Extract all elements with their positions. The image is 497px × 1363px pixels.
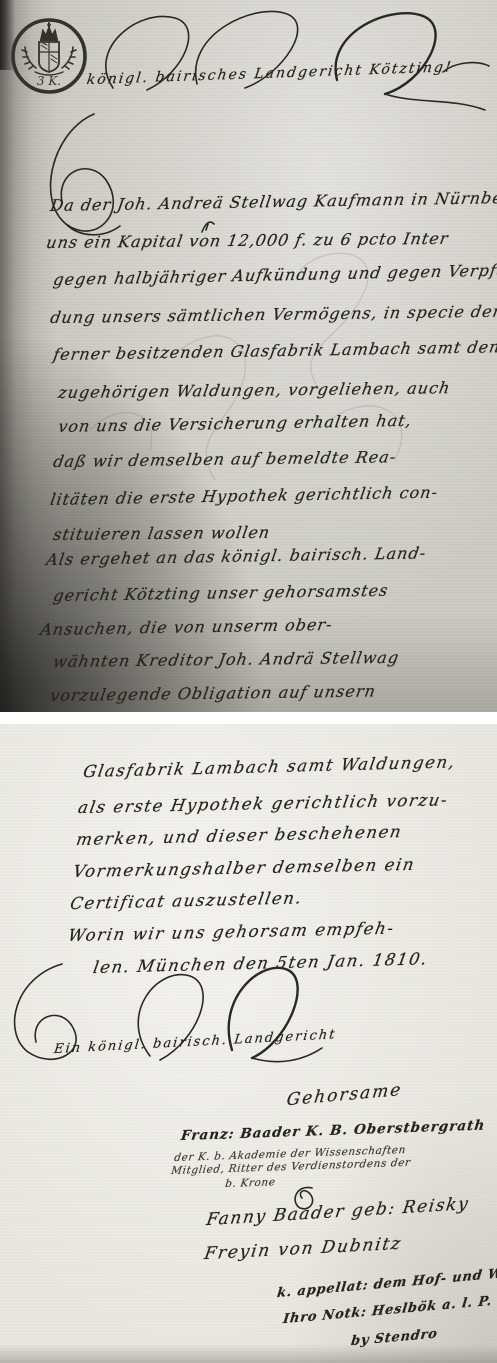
body-line: Vormerkungshalber demselben ein bbox=[72, 855, 417, 881]
body-line: Glasfabrik Lambach samt Waldungen, bbox=[82, 752, 458, 781]
body-line: Worin wir uns gehorsam empfeh- bbox=[67, 919, 397, 945]
body-line: als erste Hypothek gerichtlich vorzu- bbox=[77, 790, 450, 817]
initial-letter-flourish bbox=[22, 108, 147, 248]
document-page-2: Glasfabrik Lambach samt Waldungen, als e… bbox=[0, 724, 497, 1363]
document-page-1: 3 K. königl. bairisches Landgericht Kötz… bbox=[0, 0, 497, 712]
scanned-document: 3 K. königl. bairisches Landgericht Kötz… bbox=[0, 0, 497, 1363]
crown-icon bbox=[41, 23, 57, 40]
body-line: wähnten Kreditor Joh. Andrä Stellwag bbox=[52, 648, 401, 671]
body-line: gericht Kötzting unser gehorsamstes bbox=[52, 581, 390, 605]
stamp-denomination: 3 K. bbox=[37, 74, 61, 88]
signature-primary-name: Franz: Baader K. B. Oberstbergrath bbox=[180, 1117, 486, 1144]
signature-title-line: b. Krone bbox=[225, 1176, 277, 1190]
body-line: vorzulegende Obligation auf unsern bbox=[49, 681, 378, 705]
revenue-stamp-seal: 3 K. bbox=[8, 14, 90, 98]
signature-secondary-line: Fanny Baader geb: Reisky bbox=[205, 1194, 471, 1230]
registry-note-line: by Stendro bbox=[350, 1326, 438, 1349]
registry-note-line: Ihro Notk: Heslbök a. l. P. bbox=[282, 1294, 493, 1328]
body-line: Certificat auszustellen. bbox=[69, 888, 304, 913]
salutation: Gehorsame bbox=[286, 1080, 404, 1110]
body-line: merken, und dieser beschehenen bbox=[75, 822, 404, 849]
closing-flourish bbox=[0, 952, 330, 1082]
scan-gap bbox=[0, 712, 497, 724]
signature-secondary-line: Freyin von Dubnitz bbox=[203, 1234, 404, 1265]
body-line: stituieren lassen wollen bbox=[52, 523, 272, 544]
shield-icon bbox=[39, 42, 59, 72]
body-line: Ansuchen, die von unserm ober- bbox=[39, 615, 334, 639]
